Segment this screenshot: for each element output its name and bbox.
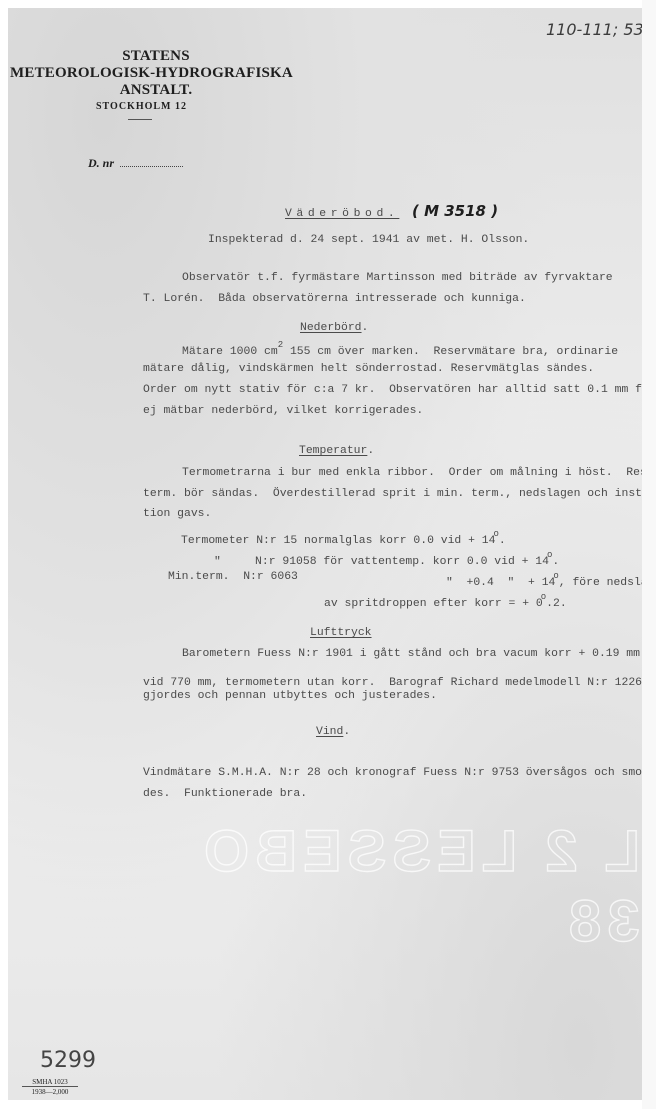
intro-line-1: Observatör t.f. fyrmästare Martinsson me… bbox=[182, 272, 613, 284]
letterhead-address: STOCKHOLM 12 bbox=[96, 101, 187, 112]
wind-line-2: des. Funktionerade bra. bbox=[143, 788, 307, 800]
thermometer-row-1: Termometer N:r 15 normalglas korr 0.0 vi… bbox=[181, 529, 506, 547]
temperature-correction-line: av spritdroppen efter korr = + 0o.2. bbox=[324, 592, 567, 610]
intro-line-2: T. Lorén. Båda observatörerna intressera… bbox=[143, 293, 526, 305]
section-heading-temperature: Temperatur. bbox=[299, 445, 374, 457]
letterhead-divider bbox=[128, 119, 152, 120]
form-print-run: 1938—2,000 bbox=[22, 1088, 78, 1096]
report-title: Väderöbod. bbox=[285, 208, 399, 220]
letterhead-line-3: ANSTALT. bbox=[96, 82, 216, 99]
precipitation-line-3: Order om nytt stativ för c:a 7 kr. Obser… bbox=[143, 384, 656, 396]
section-heading-precipitation: Nederbörd. bbox=[300, 322, 368, 334]
air-pressure-line-1: Barometern Fuess N:r 1901 i gått stånd o… bbox=[182, 648, 640, 660]
form-identifier: SMHA 1023 bbox=[22, 1078, 78, 1087]
precipitation-line-4: ej mätbar nederbörd, vilket korrigerades… bbox=[143, 405, 423, 417]
diary-number-field: D. nr bbox=[88, 156, 183, 171]
precipitation-line-1: Mätare 1000 cm2 155 cm över marken. Rese… bbox=[182, 342, 618, 358]
thermometer-row-3: Min.term. N:r 6063 bbox=[168, 571, 298, 583]
temperature-line-1: Termometrarna i bur med enkla ribbor. Or… bbox=[182, 467, 656, 479]
temperature-line-3: tion gavs. bbox=[143, 508, 211, 520]
letterhead-line-1: STATENS bbox=[96, 48, 216, 65]
section-heading-air-pressure: Lufttryck bbox=[310, 627, 372, 639]
handwritten-station-number: ( M 3518 ) bbox=[412, 202, 498, 220]
handwritten-document-number: 5299 bbox=[40, 1048, 96, 1073]
temperature-line-2: term. bör sändas. Överdestillerad sprit … bbox=[143, 488, 656, 500]
scanned-document-page: MAL 2 LESSEBO 38 STATENS METEOROLOGISK-H… bbox=[8, 8, 644, 1100]
paper-watermark: MAL 2 LESSEBO bbox=[198, 818, 656, 885]
diary-number-label: D. nr bbox=[88, 156, 114, 170]
thermometer-row-3-tail: " +0.4 " + 14o, före nedslagnir bbox=[446, 571, 656, 589]
section-heading-wind: Vind. bbox=[316, 726, 350, 738]
diary-number-blank bbox=[120, 158, 183, 167]
handwritten-archive-reference: 110-111; 53C bbox=[546, 20, 655, 39]
wind-line-1: Vindmätare S.M.H.A. N:r 28 och kronograf… bbox=[143, 767, 656, 779]
inspection-line: Inspekterad d. 24 sept. 1941 av met. H. … bbox=[208, 234, 529, 246]
air-pressure-line-2: vid 770 mm, termometern utan korr. Barog… bbox=[143, 669, 656, 690]
letterhead-line-2: METEOROLOGISK-HYDROGRAFISKA bbox=[10, 65, 270, 82]
thermometer-row-2: " N:r 91058 för vattentemp. korr 0.0 vid… bbox=[214, 550, 559, 568]
paper-watermark-year: 38 bbox=[563, 888, 640, 955]
air-pressure-line-3: gjordes och pennan utbyttes och justerad… bbox=[143, 690, 437, 702]
station-name: Väderöbod. bbox=[285, 208, 399, 220]
precipitation-line-2: mätare dålig, vindskärmen helt sönderros… bbox=[143, 363, 594, 375]
scan-margin bbox=[642, 0, 656, 1109]
